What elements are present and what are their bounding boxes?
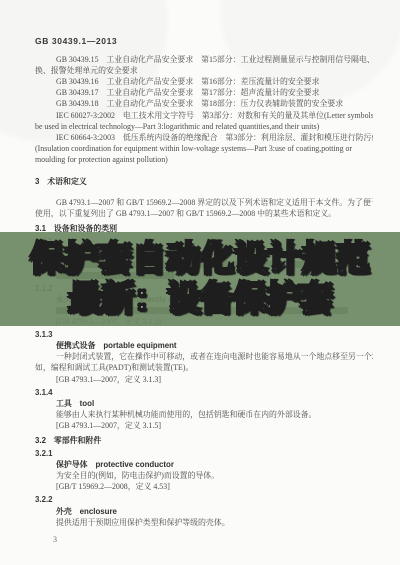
doc-line: 3.1.3 xyxy=(35,329,373,340)
doc-line: 3.1.4 xyxy=(35,387,373,398)
doc-line: be used in electrical technology—Part 3:… xyxy=(35,121,373,132)
doc-line: GB 30439.15 工业自动化产品安全要求 第15部分：工业过程测量显示与控… xyxy=(35,54,373,65)
doc-line: [GB 4793.1—2007，定义 3.1.3] xyxy=(35,374,373,385)
doc-line: 为安全目的(例如，防电击保护)而设置的导体。 xyxy=(35,470,373,481)
doc-line: [GB 4793.1—2007，定义 3.1.5] xyxy=(35,420,373,431)
doc-line: 外壳 enclosure xyxy=(35,506,373,517)
doc-line: (Insulation coordination for equipment w… xyxy=(35,143,373,154)
page-number: 3 xyxy=(53,534,373,545)
doc-line: 便携式设备 portable equipment xyxy=(35,340,373,351)
doc-line: 3 术语和定义 xyxy=(35,176,373,187)
doc-line: 3.2.2 xyxy=(35,494,373,505)
doc-line: 提供适用于预期应用保护类型和保护等级的壳体。 xyxy=(35,517,373,528)
doc-line: GB 30439.16 工业自动化产品安全要求 第16部分：差压流量计的安全要求 xyxy=(35,76,373,87)
doc-line: 一种封闭式装置，它在操作中可移动，或者在连向电源时也能容易地从一个地点移至另一个… xyxy=(35,351,373,362)
doc-line: IEC 60664-3:2003 低压系统内设备的绝缘配合 第3部分：利用涂层、… xyxy=(35,132,373,143)
doc-line: 如，编程和调试工具(PADT)和测试装置(TE)。 xyxy=(35,362,373,373)
title-overlay-banner: 保护套自动化设计规范 最新：设备保护套 xyxy=(0,232,400,326)
doc-line: 3.2.1 xyxy=(35,448,373,459)
doc-line: GB 30439.18 工业自动化产品安全要求 第18部分：压力仪表辅助装置的安… xyxy=(35,98,373,109)
doc-line: 换、报警处理单元的安全要求 xyxy=(35,65,373,76)
doc-line: 能够由人来执行某种机械功能而使用的，包括钥匙和硬币在内的外部设备。 xyxy=(35,409,373,420)
doc-line: 保护导体 protective conductor xyxy=(35,459,373,470)
doc-line: moulding for protection against pollutio… xyxy=(35,154,373,165)
scanned-standard-page: GB 30439.1—2013 GB 30439.15 工业自动化产品安全要求 … xyxy=(0,0,400,565)
doc-line: 使用，以下重复列出了 GB 4793.1—2007 和 GB/T 15969.2… xyxy=(35,208,373,219)
doc-line: 3.2 零部件和附件 xyxy=(35,435,373,446)
doc-line: IEC 60027-3:2002 电工技术用文字符号 第3部分：对数和有关的量及… xyxy=(35,110,373,121)
doc-line: GB 30439.17 工业自动化产品安全要求 第17部分：超声流量计的安全要求 xyxy=(35,87,373,98)
overlay-title-line-2: 最新：设备保护套 xyxy=(68,282,332,316)
doc-line: [GB/T 15969.2—2008，定义 4.53] xyxy=(35,481,373,492)
overlay-title-line-1: 保护套自动化设计规范 xyxy=(30,242,370,276)
page-header-standard-number: GB 30439.1—2013 xyxy=(35,36,373,47)
doc-line: GB 4793.1—2007 和 GB/T 15969.2—2008 界定的以及… xyxy=(35,197,373,208)
doc-line: 工具 tool xyxy=(35,398,373,409)
